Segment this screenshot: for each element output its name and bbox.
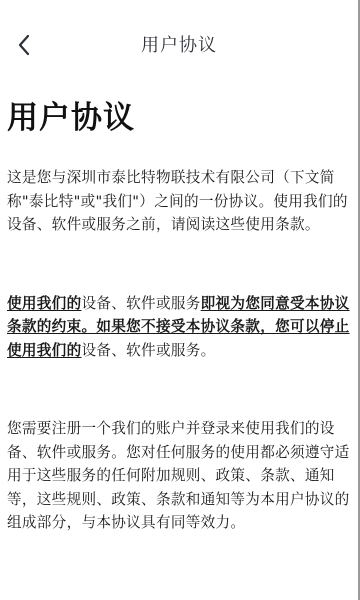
account-paragraph: 您需要注册一个我们的账户并登录来使用我们的设备、软件或服务。您对任何服务的使用都… (7, 417, 351, 535)
consent-text-1: 设备、软件或服务 (81, 295, 200, 312)
agreement-content: 用户协议 这是您与深圳市泰比特物联技术有限公司（下文简称"泰比特"或"我们"）之… (0, 96, 358, 535)
consent-text-2: 设备、软件或服务。 (81, 342, 215, 359)
consent-paragraph: 使用我们的设备、软件或服务即视为您同意受本协议条款的约束。如果您不接受本协议条款… (7, 292, 351, 363)
top-nav-bar: 用户协议 (0, 0, 358, 90)
document-heading: 用户协议 (7, 96, 351, 140)
consent-bold-1: 使用我们的 (7, 295, 81, 312)
intro-paragraph: 这是您与深圳市泰比特物联技术有限公司（下文简称"泰比特"或"我们"）之间的一份协… (7, 166, 351, 237)
nav-title: 用户协议 (0, 31, 358, 57)
